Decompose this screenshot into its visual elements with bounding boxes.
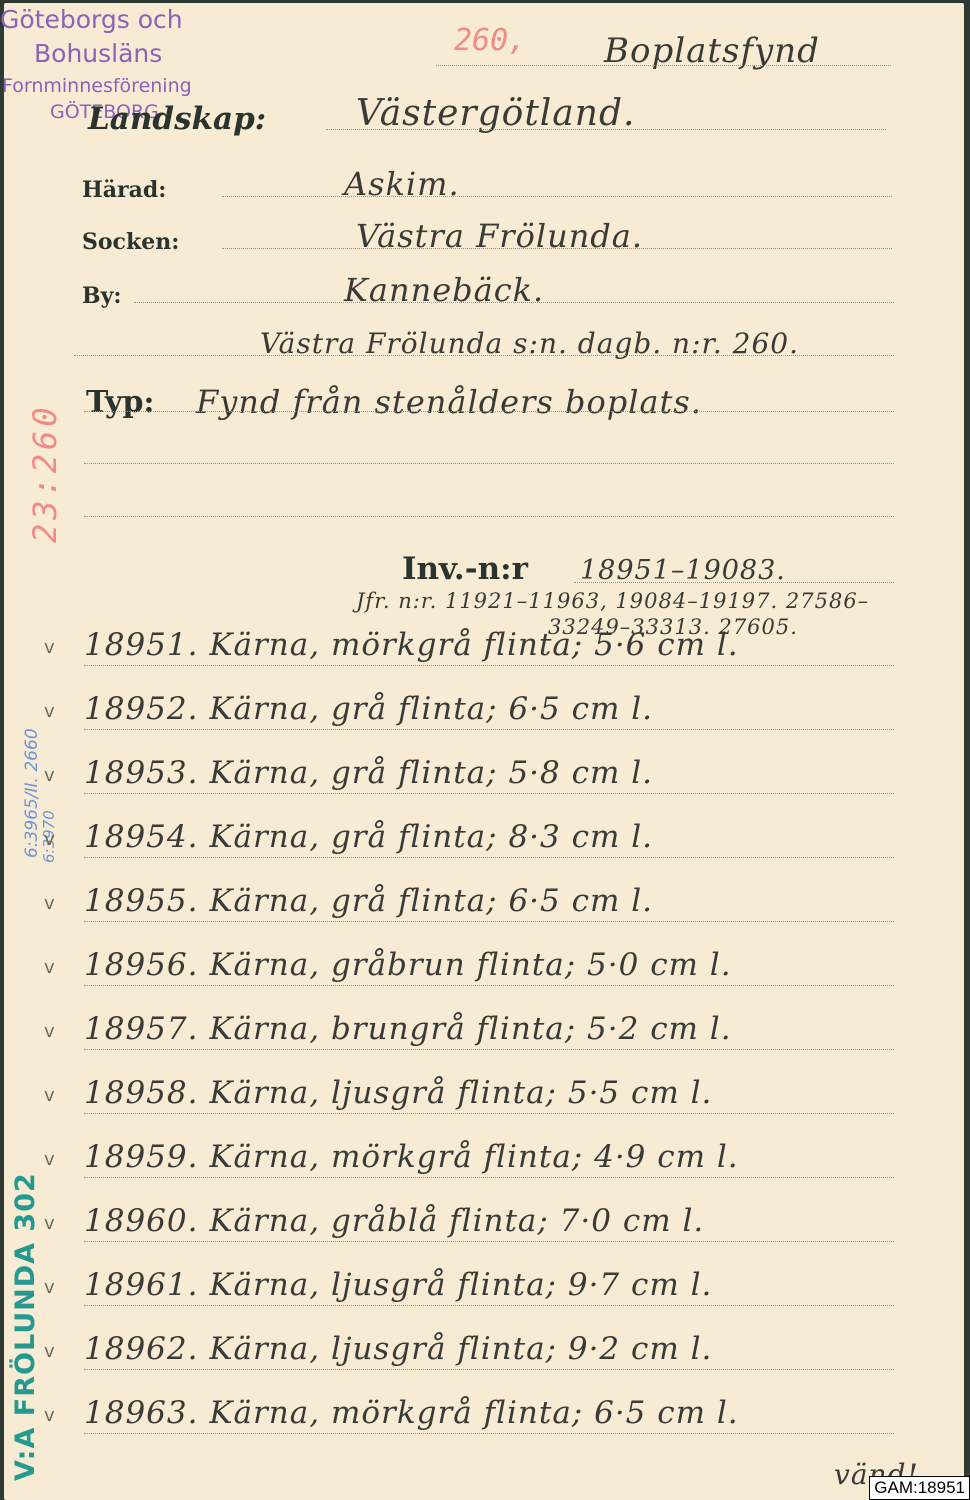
list-item: v 18959. Kärna, mörkgrå flinta; 4·9 cm l… <box>4 1133 964 1193</box>
dotted-line <box>84 1177 894 1178</box>
socken-value: Västra Frölunda. <box>356 217 643 255</box>
dotted-line <box>84 463 894 464</box>
dotted-line <box>84 665 894 666</box>
location-stamp: V:A FRÖLUNDA 302 <box>10 1172 41 1481</box>
dotted-line <box>222 196 892 197</box>
check-mark: v <box>44 701 55 722</box>
dotted-line <box>84 1049 894 1050</box>
typ-value: Fynd från stenålders boplats. <box>196 383 702 421</box>
dotted-line <box>134 302 894 303</box>
dotted-line <box>326 129 886 130</box>
item-text: 18962. Kärna, ljusgrå flinta; 9·2 cm l. <box>84 1331 712 1367</box>
item-text: 18958. Kärna, ljusgrå flinta; 5·5 cm l. <box>84 1075 712 1111</box>
stamp-line-2: Bohusläns <box>34 41 162 66</box>
other-numbers-1: Jfr. n:r. 11921–11963, 19084–19197. 2758… <box>356 589 869 613</box>
catalog-id-label: GAM:18951 <box>869 1476 970 1500</box>
side-number-red: 23:260 <box>26 403 64 543</box>
list-item: v 18963. Kärna, mörkgrå flinta; 6·5 cm l… <box>4 1389 964 1449</box>
harad-value: Askim. <box>344 165 460 203</box>
dotted-line <box>574 582 894 583</box>
item-text: 18951. Kärna, mörkgrå flinta; 5·6 cm l. <box>84 627 739 663</box>
dotted-line <box>436 65 891 66</box>
item-text: 18955. Kärna, grå flinta; 6·5 cm l. <box>84 883 653 919</box>
top-number: 260, <box>454 23 526 58</box>
check-mark: v <box>44 637 55 658</box>
dotted-line <box>84 1433 894 1434</box>
dotted-line <box>84 1241 894 1242</box>
dotted-line <box>222 248 892 249</box>
landskap-label: Landskap: <box>88 101 266 137</box>
list-item: v 18954. Kärna, grå flinta; 8·3 cm l. <box>4 813 964 873</box>
check-mark: v <box>44 957 55 978</box>
dotted-line <box>84 1305 894 1306</box>
harad-label: Härad: <box>82 177 166 203</box>
item-text: 18952. Kärna, grå flinta; 6·5 cm l. <box>84 691 653 727</box>
socken-label: Socken: <box>82 229 179 255</box>
list-item: v 18955. Kärna, grå flinta; 6·5 cm l. <box>4 877 964 937</box>
by-value: Kannebäck. <box>344 271 544 309</box>
list-item: v 18962. Kärna, ljusgrå flinta; 9·2 cm l… <box>4 1325 964 1385</box>
list-item: v 18961. Kärna, ljusgrå flinta; 9·7 cm l… <box>4 1261 964 1321</box>
check-mark: v <box>44 893 55 914</box>
list-item: v 18951. Kärna, mörkgrå flinta; 5·6 cm l… <box>4 621 964 681</box>
check-mark: v <box>44 1405 55 1426</box>
list-item: v 18956. Kärna, gråbrun flinta; 5·0 cm l… <box>4 941 964 1001</box>
item-text: 18961. Kärna, ljusgrå flinta; 9·7 cm l. <box>84 1267 712 1303</box>
item-text: 18963. Kärna, mörkgrå flinta; 6·5 cm l. <box>84 1395 739 1431</box>
item-text: 18957. Kärna, brungrå flinta; 5·2 cm l. <box>84 1011 732 1047</box>
item-text: 18960. Kärna, gråblå flinta; 7·0 cm l. <box>84 1203 704 1239</box>
dotted-line <box>84 1113 894 1114</box>
stamp-line-3: Fornminnesförening <box>2 77 192 96</box>
list-item: v 18960. Kärna, gråblå flinta; 7·0 cm l. <box>4 1197 964 1257</box>
stamp-line-1: Göteborgs och <box>0 7 183 32</box>
inventory-label: Inv.-n:r <box>402 551 528 587</box>
dotted-line <box>84 985 894 986</box>
check-mark: v <box>44 829 55 850</box>
check-mark: v <box>44 1149 55 1170</box>
check-mark: v <box>44 1213 55 1234</box>
item-text: 18954. Kärna, grå flinta; 8·3 cm l. <box>84 819 653 855</box>
dotted-line <box>84 1369 894 1370</box>
item-text: 18959. Kärna, mörkgrå flinta; 4·9 cm l. <box>84 1139 739 1175</box>
catalog-card: Göteborgs och Bohusläns Fornminnesföreni… <box>4 3 964 1500</box>
check-mark: v <box>44 1021 55 1042</box>
dotted-line <box>84 921 894 922</box>
dotted-line <box>84 857 894 858</box>
list-item: v 18953. Kärna, grå flinta; 5·8 cm l. <box>4 749 964 809</box>
check-mark: v <box>44 1277 55 1298</box>
landskap-value: Västergötland. <box>356 93 635 134</box>
check-mark: v <box>44 765 55 786</box>
dotted-line <box>74 355 894 356</box>
dotted-line <box>84 411 894 412</box>
dotted-line <box>84 793 894 794</box>
dotted-line <box>84 516 894 517</box>
dotted-line <box>84 729 894 730</box>
check-mark: v <box>44 1085 55 1106</box>
check-mark: v <box>44 1341 55 1362</box>
by-label: By: <box>82 283 122 309</box>
list-item: v 18958. Kärna, ljusgrå flinta; 5·5 cm l… <box>4 1069 964 1129</box>
item-text: 18953. Kärna, grå flinta; 5·8 cm l. <box>84 755 653 791</box>
typ-label: Typ: <box>86 385 155 420</box>
list-item: v 18952. Kärna, grå flinta; 6·5 cm l. <box>4 685 964 745</box>
item-text: 18956. Kärna, gråbrun flinta; 5·0 cm l. <box>84 947 732 983</box>
list-item: v 18957. Kärna, brungrå flinta; 5·2 cm l… <box>4 1005 964 1065</box>
